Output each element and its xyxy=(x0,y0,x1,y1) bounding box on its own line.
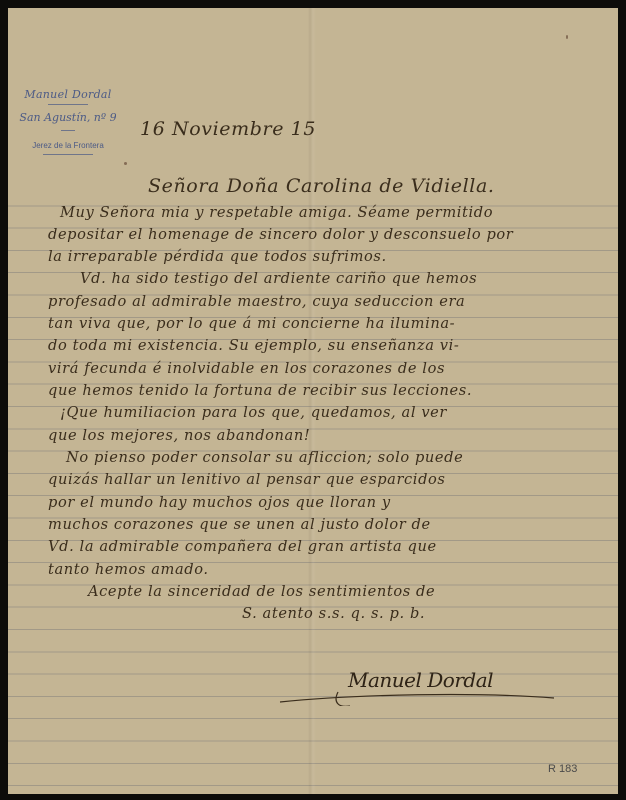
letter-line: do toda mi existencia. Su ejemplo, su en… xyxy=(48,337,459,354)
letterhead-divider xyxy=(43,154,93,155)
letterhead-city: Jerez de la Frontera xyxy=(8,141,128,150)
letter-line: profesado al admirable maestro, cuya sed… xyxy=(48,293,465,310)
ink-spot xyxy=(124,162,127,165)
letter-line: tan viva que, por lo que á mi concierne … xyxy=(48,315,455,332)
letter-line: Vd. ha sido testigo del ardiente cariño … xyxy=(80,270,477,287)
signature-flourish-icon xyxy=(278,690,558,706)
letterhead-stamp: Manuel Dordal San Agustín, nº 9 Jerez de… xyxy=(8,88,128,155)
letter-paper: Manuel Dordal San Agustín, nº 9 Jerez de… xyxy=(8,8,618,794)
letter-line: Muy Señora mia y respetable amiga. Séame… xyxy=(60,204,493,221)
letter-line: Acepte la sinceridad de los sentimientos… xyxy=(88,583,435,600)
ink-spot xyxy=(566,35,568,39)
signature: Manuel Dordal xyxy=(288,668,493,692)
letter-line: ¡Que humiliacion para los que, quedamos,… xyxy=(60,404,447,421)
letterhead-divider xyxy=(48,104,88,105)
letter-line: tanto hemos amado. xyxy=(48,561,209,578)
letter-line: Vd. la admirable compañera del gran arti… xyxy=(48,538,437,555)
letter-line: la irreparable pérdida que todos sufrimo… xyxy=(48,248,387,265)
letter-line: quizás hallar un lenitivo al pensar que … xyxy=(48,471,446,488)
letter-closing: S. atento s.s. q. s. p. b. xyxy=(242,605,425,622)
letter-line: virá fecunda é inolvidable en los corazo… xyxy=(48,360,445,377)
letter-line: por el mundo hay muchos ojos que lloran … xyxy=(48,494,391,511)
letter-line: muchos corazones que se unen al justo do… xyxy=(48,516,431,533)
letterhead-street: San Agustín, nº 9 xyxy=(8,111,128,124)
letter-line: que hemos tenido la fortuna de recibir s… xyxy=(48,382,472,399)
archive-reference: R 183 xyxy=(548,763,577,775)
letter-line: que los mejores, nos abandonan! xyxy=(48,427,310,444)
letterhead-divider xyxy=(61,130,75,131)
letter-line: depositar el homenage de sincero dolor y… xyxy=(48,226,513,243)
letter-date: 16 Noviembre 15 xyxy=(140,118,316,140)
signature-text: Manuel Dordal xyxy=(348,668,493,692)
letter-line: No pienso poder consolar su afliccion; s… xyxy=(66,449,463,466)
letterhead-name: Manuel Dordal xyxy=(8,88,128,101)
letter-salutation: Señora Doña Carolina de Vidiella. xyxy=(148,175,495,197)
